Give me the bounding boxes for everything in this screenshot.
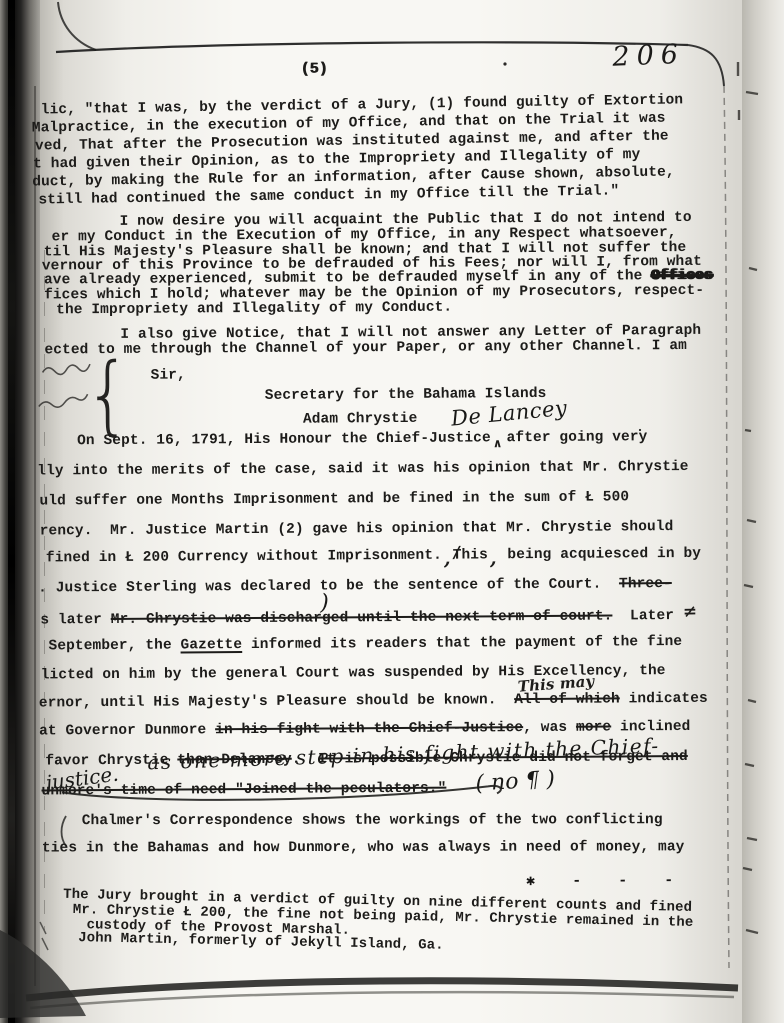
typed-text: fined in Ł 200 Currency without Imprison… [46, 548, 442, 567]
footnote-line: John Martin, formerly of Jekyll Island, … [78, 930, 444, 954]
margin-brace-mark: { [85, 352, 132, 438]
page-number: (5) [300, 60, 327, 77]
underlined-word-gazette: Gazette [180, 637, 242, 653]
handwritten-comma: , [490, 547, 497, 569]
struck-out-text: All of whichThis may [514, 691, 620, 708]
handwritten-not-equal-mark: ≠ [683, 602, 697, 622]
typed-line: On Sept. 16, 1791, His Honour the Chief-… [77, 429, 647, 453]
typed-line: rency. Mr. Justice Martin (2) gave his o… [40, 519, 674, 539]
typed-line: s later Mr. Chrystie was discharged unti… [40, 604, 697, 629]
page-content: (5) 206 lic, "that I was, by the verdict… [0, 0, 784, 1023]
section-separator: ✱ - - - [526, 870, 675, 890]
typed-line: . Justice Sterling was declared to be th… [38, 576, 672, 596]
struck-out-word: Offices [651, 268, 713, 284]
salutation: Sir, [151, 367, 186, 383]
typed-text: ernor, until His Majesty's Pleasure shou… [39, 692, 514, 711]
typed-line: Chalmer's Correspondence shows the worki… [82, 812, 663, 829]
typed-line: favor Chrystie than Delancey. It is poss… [45, 749, 688, 769]
typed-line: ernor, until His Majesty's Pleasure shou… [39, 691, 708, 712]
struck-out-text: Mr. Chrystie was discharged until the ne… [111, 608, 613, 628]
typed-line: ected to me through the Channel of your … [44, 338, 687, 358]
typed-line: ties in the Bahamas and how Dunmore, who… [42, 839, 685, 856]
typed-line: the Impropriety and Illegality of my Con… [56, 300, 452, 319]
corrected-word: This∕ [453, 547, 488, 563]
handwritten-comma: , [444, 548, 451, 570]
struck-out-text: in his fight with the Chief-Justice [215, 720, 523, 738]
struck-out-text: more [576, 719, 611, 735]
handwritten-folio-number: 206 [612, 39, 686, 73]
typed-text: , was [523, 720, 576, 736]
scanned-document-page: (5) 206 lic, "that I was, by the verdict… [0, 0, 784, 1023]
footnote-block: The Jury brought in a verdict of guilty … [6, 886, 784, 972]
typed-text: informed its readers that the payment of… [242, 634, 682, 653]
struck-out-text: It is possible Chrystie did not forget a… [318, 749, 688, 768]
struck-out-text: Three- [619, 576, 672, 592]
typed-text: . [292, 752, 319, 768]
insertion-caret-mark: ∧ [493, 436, 503, 450]
typed-text: Later [612, 608, 683, 624]
typed-text: On Sept. 16, 1791, His Honour the Chief-… [77, 430, 491, 449]
typed-text: at Governor Dunmore [39, 722, 215, 739]
typed-text: indicates [620, 691, 708, 708]
typed-text: after going very [507, 429, 648, 446]
signature-name: Adam Chrystie [303, 411, 418, 428]
typed-line: uld suffer one Months Imprisonment and b… [39, 489, 629, 509]
handwritten-slash-mark: ∕ [454, 543, 460, 562]
typed-text: being acquiesced in by [499, 546, 702, 563]
typed-line: lly into the merits of the case, said it… [37, 459, 688, 480]
typed-line: September, the Gazette informed its read… [48, 634, 682, 654]
handwritten-no-paragraph-mark: ( no ¶ ) [475, 767, 556, 797]
struck-out-text: unmore's time of need "Joined the pecula… [41, 781, 446, 800]
typed-line: unmore's time of need "Joined the pecula… [41, 781, 446, 800]
struck-out-text: than Delancey [177, 752, 292, 769]
typed-text: September, the [48, 637, 180, 654]
typed-line: fined in Ł 200 Currency without Imprison… [46, 546, 701, 573]
typed-text: s later [40, 612, 111, 628]
